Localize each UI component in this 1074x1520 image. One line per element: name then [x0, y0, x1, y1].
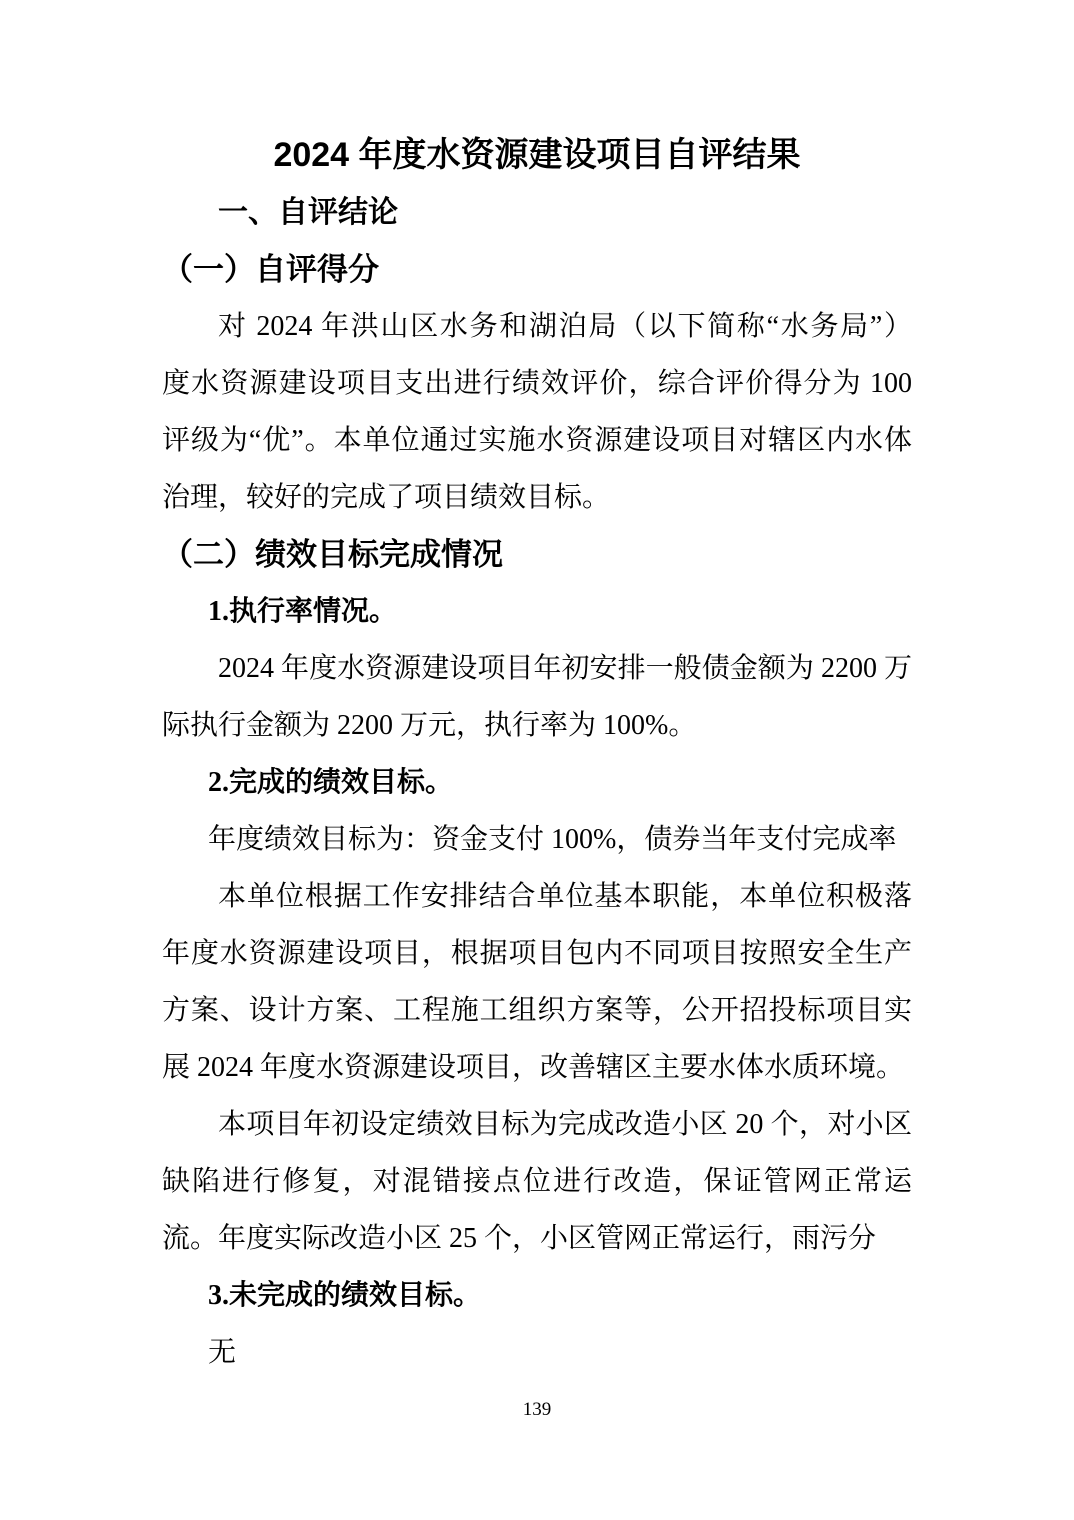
paragraph-2: 2024 年度水资源建设项目年初安排一般债金额为 2200 万元，实 际执行金额… — [162, 640, 912, 754]
paragraph-4: 本单位根据工作安排结合单位基本职能，本单位积极落实 2024 年度水资源建设项目… — [162, 868, 912, 1096]
paragraph-5: 本项目年初设定绩效目标为完成改造小区 20 个，对小区内管网 缺陷进行修复，对混… — [162, 1096, 912, 1267]
paragraph-line: 方案、设计方案、工程施工组织方案等，公开招投标项目实施单位开 — [162, 982, 912, 1039]
paragraph-line: 本单位根据工作安排结合单位基本职能，本单位积极落实 2024 — [162, 868, 912, 925]
paragraph-6: 无 — [162, 1324, 912, 1381]
heading-item-2: 2.完成的绩效目标。 — [162, 754, 912, 811]
heading-sub-2: （二）绩效目标完成情况 — [162, 526, 912, 583]
paragraph-line: 度水资源建设项目支出进行绩效评价，综合评价得分为 100 分，评价 — [162, 355, 912, 412]
paragraph-3: 年度绩效目标为：资金支付 100%，债券当年支付完成率 100%。 — [162, 811, 912, 868]
paragraph-line: 对 2024 年洪山区水务和湖泊局（以下简称“水务局”）2024 年 — [162, 298, 912, 355]
paragraph-line: 年度绩效目标为：资金支付 100%，债券当年支付完成率 100%。 — [162, 811, 912, 868]
heading-sub-1: （一）自评得分 — [162, 241, 912, 298]
paragraph-line: 际执行金额为 2200 万元，执行率为 100%。 — [162, 697, 912, 754]
paragraph-1: 对 2024 年洪山区水务和湖泊局（以下简称“水务局”）2024 年 度水资源建… — [162, 298, 912, 526]
paragraph-line: 评级为“优”。本单位通过实施水资源建设项目对辖区内水体进行了 — [162, 412, 912, 469]
paragraph-line: 本项目年初设定绩效目标为完成改造小区 20 个，对小区内管网 — [162, 1096, 912, 1153]
paragraph-line: 流。年度实际改造小区 25 个，小区管网正常运行，雨污分流。 — [162, 1210, 912, 1267]
document-page: 2024 年度水资源建设项目自评结果 一、自评结论 （一）自评得分 对 2024… — [0, 0, 1074, 1520]
paragraph-line: 无 — [162, 1324, 912, 1381]
page-number: 139 — [0, 1398, 1074, 1422]
paragraph-line: 缺陷进行修复，对混错接点位进行改造，保证管网正常运行，雨污分 — [162, 1153, 912, 1210]
paragraph-line: 展 2024 年度水资源建设项目，改善辖区主要水体水质环境。 — [162, 1039, 912, 1096]
heading-item-3: 3.未完成的绩效目标。 — [162, 1267, 912, 1324]
heading-item-1: 1.执行率情况。 — [162, 583, 912, 640]
paragraph-line: 年度水资源建设项目，根据项目包内不同项目按照安全生产工作实施 — [162, 925, 912, 982]
paragraph-line: 2024 年度水资源建设项目年初安排一般债金额为 2200 万元，实 — [162, 640, 912, 697]
document-body: 2024 年度水资源建设项目自评结果 一、自评结论 （一）自评得分 对 2024… — [162, 127, 912, 1381]
heading-section-1: 一、自评结论 — [162, 184, 912, 241]
paragraph-line: 治理，较好的完成了项目绩效目标。 — [162, 469, 912, 526]
doc-title: 2024 年度水资源建设项目自评结果 — [162, 127, 912, 184]
